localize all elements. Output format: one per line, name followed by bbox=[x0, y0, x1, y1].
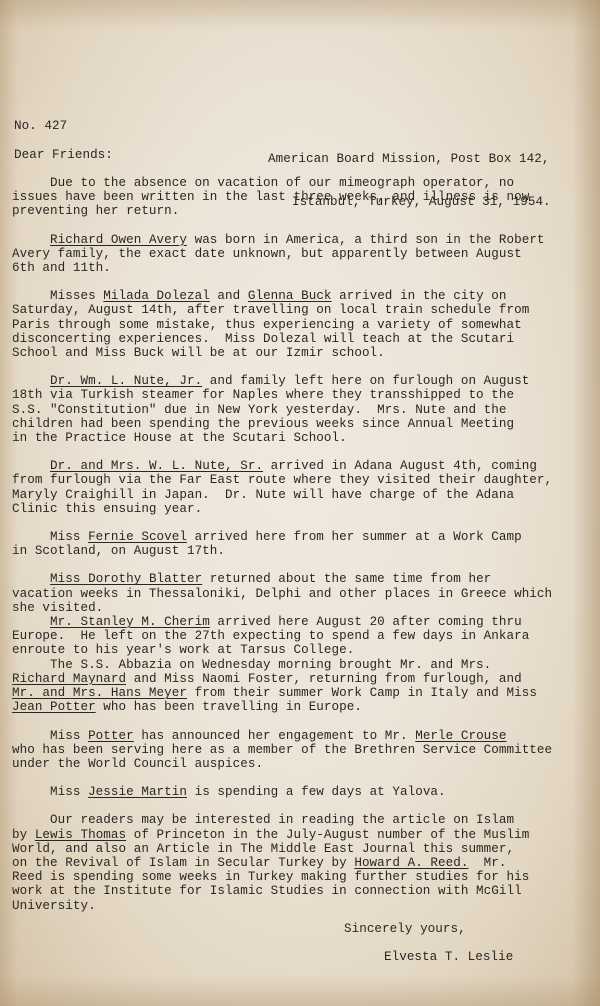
closing: Sincerely yours, bbox=[344, 922, 466, 936]
underlined-name: Fernie Scovel bbox=[88, 530, 187, 544]
paragraph: Miss Jessie Martin is spending a few day… bbox=[12, 785, 592, 799]
paragraph-gap bbox=[12, 799, 592, 813]
signature: Elvesta T. Leslie bbox=[384, 950, 513, 964]
underlined-name: Mr. and Mrs. Hans Meyer bbox=[12, 686, 187, 700]
paragraph-gap bbox=[12, 715, 592, 729]
salutation: Dear Friends: bbox=[14, 148, 113, 162]
letter-page: No. 427 American Board Mission, Post Box… bbox=[0, 0, 600, 1006]
underlined-name: Dr. Wm. L. Nute, Jr. bbox=[50, 374, 202, 388]
paragraph-gap bbox=[12, 771, 592, 785]
paragraph: Richard Owen Avery was born in America, … bbox=[12, 233, 592, 276]
underlined-name: Jessie Martin bbox=[88, 785, 187, 799]
paragraph-gap bbox=[12, 445, 592, 459]
underlined-name: Potter bbox=[88, 729, 134, 743]
underlined-name: Milada Dolezal bbox=[103, 289, 210, 303]
underlined-name: Richard Maynard bbox=[12, 672, 126, 686]
paragraph-gap bbox=[12, 275, 592, 289]
paragraph-gap bbox=[12, 360, 592, 374]
paragraph: Misses Milada Dolezal and Glenna Buck ar… bbox=[12, 289, 592, 360]
underlined-name: Miss Dorothy Blatter bbox=[50, 572, 202, 586]
paragraph: Miss Potter has announced her engagement… bbox=[12, 729, 592, 772]
letter-body: Due to the absence on vacation of our mi… bbox=[12, 176, 592, 913]
paragraph: Our readers may be interested in reading… bbox=[12, 813, 592, 912]
paragraph: Miss Fernie Scovel arrived here from her… bbox=[12, 530, 592, 558]
paragraph: Dr. and Mrs. W. L. Nute, Sr. arrived in … bbox=[12, 459, 592, 516]
paragraph: Dr. Wm. L. Nute, Jr. and family left her… bbox=[12, 374, 592, 445]
underlined-name: Mr. Stanley M. Cherim bbox=[50, 615, 210, 629]
underlined-name: Richard Owen Avery bbox=[50, 233, 187, 247]
underlined-name: Glenna Buck bbox=[248, 289, 332, 303]
underlined-name: Jean Potter bbox=[12, 700, 96, 714]
underlined-name: Dr. and Mrs. W. L. Nute, Sr. bbox=[50, 459, 263, 473]
paragraph: Due to the absence on vacation of our mi… bbox=[12, 176, 592, 219]
paragraph-gap bbox=[12, 558, 592, 572]
paragraph-gap bbox=[12, 516, 592, 530]
address-line-1: American Board Mission, Post Box 142, bbox=[268, 152, 551, 166]
underlined-name: Lewis Thomas bbox=[35, 828, 126, 842]
underlined-name: Howard A. Reed. bbox=[354, 856, 468, 870]
letter-number: No. 427 bbox=[14, 119, 67, 133]
paragraph-gap bbox=[12, 219, 592, 233]
underlined-name: Merle Crouse bbox=[415, 729, 506, 743]
paragraph: Miss Dorothy Blatter returned about the … bbox=[12, 572, 592, 714]
